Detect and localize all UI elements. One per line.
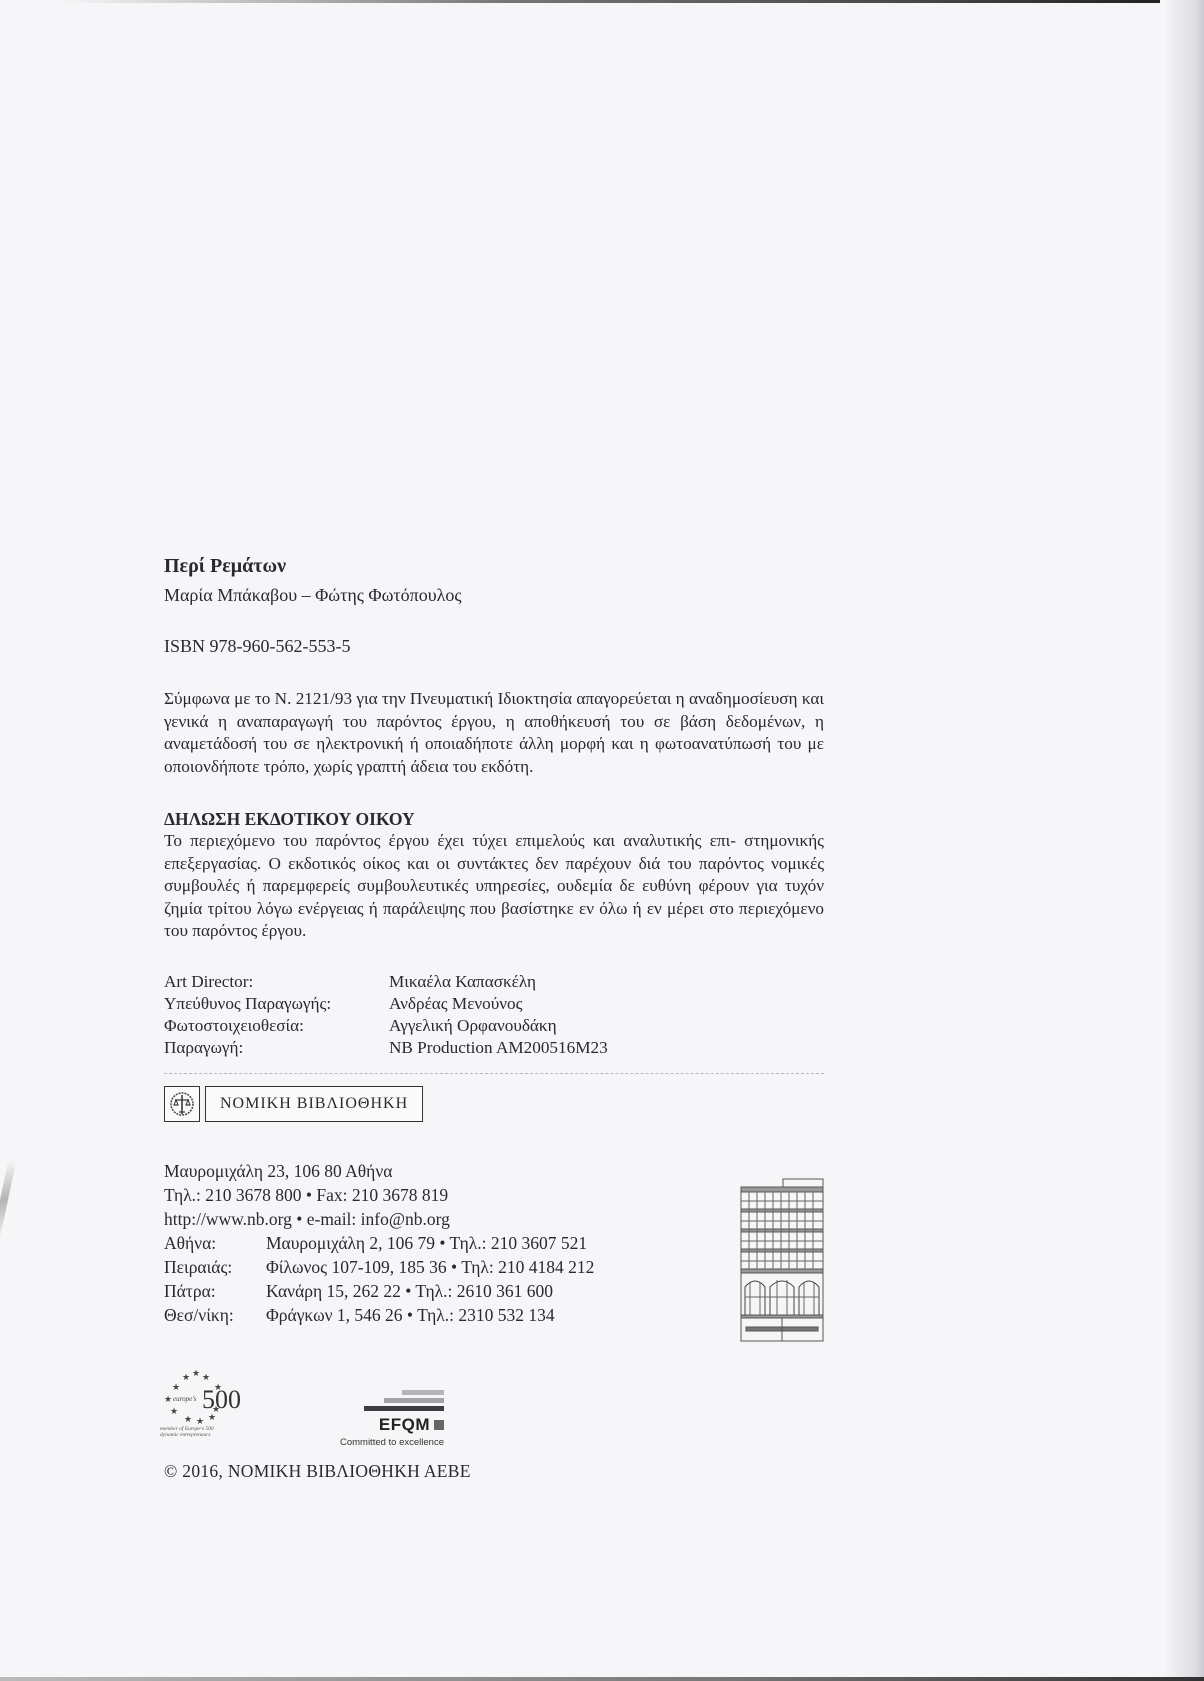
divider: [164, 1073, 824, 1074]
svg-text:europe's: europe's: [173, 1395, 197, 1403]
publisher-statement: Το περιεχόμενο του παρόντος έργου έχει τ…: [164, 830, 824, 943]
book-title: Περί Ρεμάτων: [164, 553, 824, 579]
efqm-bar: [402, 1390, 444, 1395]
certification-badges: ★★★ ★★★ ★★★ ★★ europe's 500 member of Eu…: [160, 1368, 444, 1448]
efqm-wordmark: EFQM: [379, 1415, 444, 1435]
credit-role: Παραγωγή:: [164, 1037, 389, 1059]
efqm-bar: [384, 1398, 444, 1403]
branch-city: Πειραιάς:: [164, 1255, 266, 1279]
svg-text:★: ★: [184, 1415, 192, 1425]
publisher-logo: ΝΟΜΙΚΗ ΒΙΒΛΙΟΘΗΚΗ: [164, 1086, 824, 1122]
credit-name: NB Production AM200516M23: [389, 1037, 824, 1059]
branch-city: Αθήνα:: [164, 1231, 266, 1255]
publisher-name: ΝΟΜΙΚΗ ΒΙΒΛΙΟΘΗΚΗ: [205, 1086, 423, 1122]
branches: Αθήνα: Μαυρομιχάλη 2, 106 79 • Τηλ.: 210…: [164, 1231, 824, 1327]
credit-name: Ανδρέας Μενούνος: [389, 993, 824, 1015]
svg-text:★: ★: [172, 1383, 180, 1393]
svg-text:★: ★: [192, 1369, 200, 1379]
efqm-bar: [364, 1406, 444, 1411]
credit-name: Αγγελική Ορφανουδάκη: [389, 1015, 824, 1037]
phone-fax: Τηλ.: 210 3678 800 • Fax: 210 3678 819: [164, 1183, 824, 1207]
branch-city: Πάτρα:: [164, 1279, 266, 1303]
page-top-edge: [60, 0, 1160, 3]
web-email: http://www.nb.org • e-mail: info@nb.org: [164, 1207, 824, 1231]
efqm-tagline: Committed to excellence: [340, 1437, 444, 1448]
credit-role: Art Director:: [164, 971, 389, 993]
svg-text:★: ★: [164, 1395, 172, 1405]
copyright-line: © 2016, ΝΟΜΙΚΗ ΒΙΒΛΙΟΘΗΚΗ ΑΕΒΕ: [164, 1461, 471, 1482]
svg-text:★: ★: [182, 1373, 190, 1383]
copyright-notice: Σύμφωνα με το Ν. 2121/93 για την Πνευματ…: [164, 688, 824, 778]
credits: Art Director: Μικαέλα Καπασκέλη Υπεύθυνο…: [164, 971, 824, 1059]
efqm-square-icon: [434, 1420, 444, 1430]
colophon: Περί Ρεμάτων Μαρία Μπάκαβου – Φώτης Φωτό…: [164, 553, 824, 1327]
book-authors: Μαρία Μπάκαβου – Φώτης Φωτόπουλος: [164, 583, 824, 607]
contact-info: Μαυρομιχάλη 23, 106 80 Αθήνα Τηλ.: 210 3…: [164, 1159, 824, 1327]
europe500-logo-icon: ★★★ ★★★ ★★★ ★★ europe's 500: [160, 1368, 252, 1426]
svg-text:500: 500: [202, 1385, 241, 1414]
page-gutter-shadow: [1164, 0, 1204, 1681]
europe500-caption: member of Europe's 500 dynamic entrepren…: [160, 1426, 252, 1438]
building-facade-icon: [740, 1177, 826, 1348]
credit-role: Φωτοστοιχειοθεσία:: [164, 1015, 389, 1037]
svg-text:★: ★: [196, 1417, 204, 1426]
page-bottom-edge: [0, 1677, 1204, 1681]
europe500-badge: ★★★ ★★★ ★★★ ★★ europe's 500 member of Eu…: [160, 1368, 252, 1448]
svg-text:★: ★: [170, 1407, 178, 1417]
branch-city: Θεσ/νίκη:: [164, 1303, 266, 1327]
head-office-address: Μαυρομιχάλη 23, 106 80 Αθήνα: [164, 1159, 824, 1183]
svg-text:★: ★: [202, 1373, 210, 1383]
page-crease: [0, 1160, 17, 1240]
publisher-statement-heading: ΔΗΛΩΣΗ ΕΚΔΟΤΙΚΟΥ ΟΙΚΟΥ: [164, 808, 824, 830]
efqm-badge: EFQM Committed to excellence: [312, 1390, 444, 1448]
scales-of-justice-icon: [164, 1086, 200, 1122]
isbn: ISBN 978-960-562-553-5: [164, 634, 824, 658]
credit-role: Υπεύθυνος Παραγωγής:: [164, 993, 389, 1015]
credit-name: Μικαέλα Καπασκέλη: [389, 971, 824, 993]
